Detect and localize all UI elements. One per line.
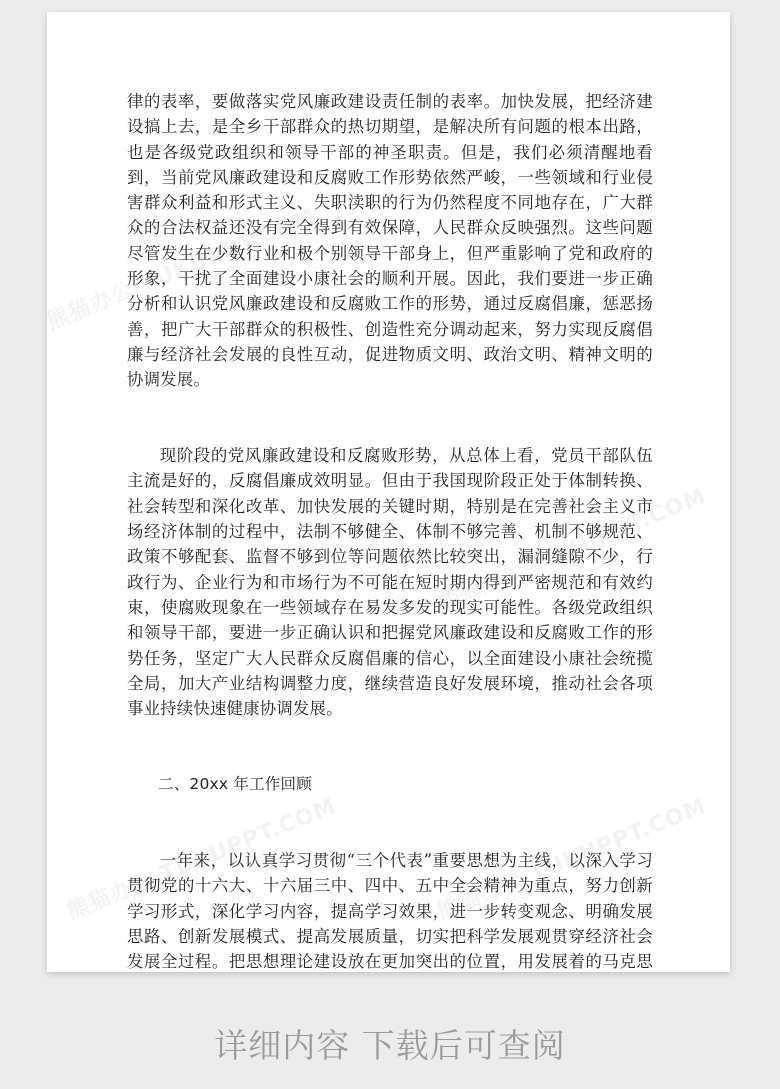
paragraph-1: 律的表率，要做落实党风廉政建设责任制的表率。加快发展，把经济建设搞上去，是全乡干…: [127, 89, 653, 393]
paragraph-gap: [127, 393, 653, 444]
document-body: 律的表率，要做落实党风廉政建设责任制的表率。加快发展，把经济建设搞上去，是全乡干…: [127, 89, 653, 972]
section-heading: 二、20xx 年工作回顾: [127, 772, 653, 797]
paragraph-2: 现阶段的党风廉政建设和反腐败形势，从总体上看，党员干部队伍主流是好的，反腐倡廉成…: [127, 443, 653, 721]
download-caption: 详细内容 下载后可查阅: [0, 1020, 780, 1067]
paragraph-gap: [127, 797, 653, 848]
document-page: 熊猫办公 TUKUPPT.COM 熊猫办公 TUKUPPT.COM 熊猫办公 T…: [47, 12, 730, 972]
paragraph-3: 一年来，以认真学习贯彻“三个代表”重要思想为主线，以深入学习贯彻党的十六大、十六…: [127, 848, 653, 972]
paragraph-gap: [127, 721, 653, 772]
